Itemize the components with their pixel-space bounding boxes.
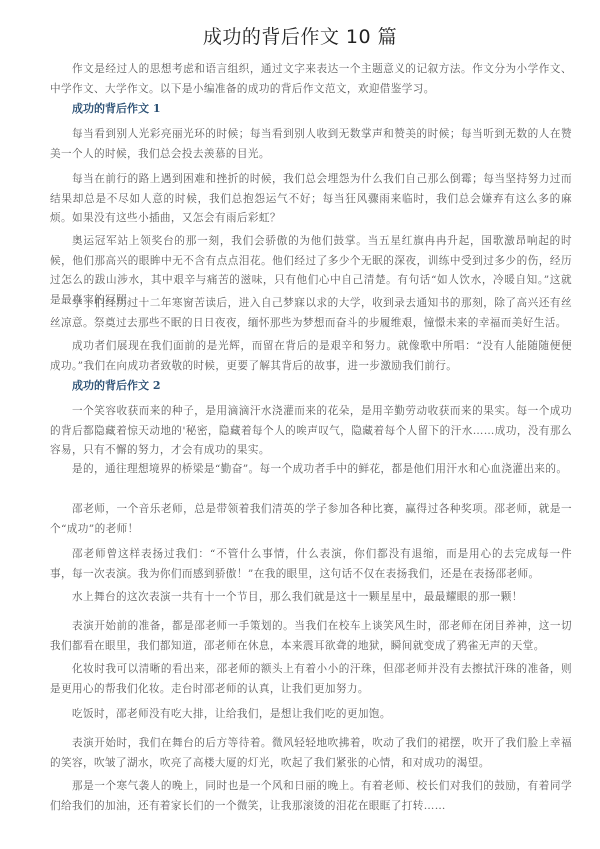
essay-2-paragraph-9: 表演开始时，我们在舞台的后方等待着。微风轻轻地吹拂着，吹动了我们的裙摆，吹开了我… — [50, 734, 572, 773]
document-title: 成功的背后作文 10 篇 — [0, 22, 600, 49]
essay-2-paragraph-1: 一个笑容收获而来的种子，是用滴滴汗水浇灌而来的花朵，是用辛勤劳动收获而来的果实。… — [50, 402, 572, 461]
essay-1-paragraph-4: 学子们经历过十二年寒窗苦读后，进入自己梦寐以求的大学，收到录去通知书的那刻，除了… — [50, 294, 572, 333]
essay-1-heading: 成功的背后作文 1 — [72, 100, 160, 116]
essay-1-paragraph-5: 成功者们展现在我们面前的是光辉，而留在背后的是艰辛和努力。就像歌中所唱：“没有人… — [50, 337, 572, 376]
essay-2-paragraph-5: 水上舞台的这次表演一共有十一个节目，那么我们就是这十一颗星星中，最最耀眼的那一颗… — [50, 588, 572, 608]
essay-2-paragraph-3: 邵老师，一个音乐老师，总是带领着我们清英的学子参加各种比赛，赢得过各种奖项。邵老… — [50, 500, 572, 539]
intro-paragraph: 作文是经过人的思想考虑和语言组织，通过文字来表达一个主题意义的记叙方法。作文分为… — [50, 60, 572, 99]
essay-2-paragraph-2: 是的，通往理想境界的桥梁是“勤奋”。每一个成功者手中的鲜花，都是他们用汗水和心血… — [50, 460, 572, 480]
essay-2-heading: 成功的背后作文 2 — [72, 377, 160, 393]
essay-2-paragraph-8: 吃饭时，邵老师没有吃大排，让给我们，是想让我们吃的更加饱。 — [50, 705, 572, 725]
document-page: 成功的背后作文 10 篇 作文是经过人的思想考虑和语言组织，通过文字来表达一个主… — [0, 0, 600, 849]
essay-1-paragraph-2: 每当在前行的路上遇到困难和挫折的时候，我们总会埋怨为什么我们自己那么倒霉；每当坚… — [50, 170, 572, 229]
essay-2-paragraph-7: 化妆时我可以清晰的看出来，邵老师的额头上有着小小的汗珠，但邵老师并没有去擦拭汗珠… — [50, 660, 572, 699]
essay-2-paragraph-6: 表演开始前的准备，都是邵老师一手策划的。当我们在校车上谈笑风生时，邵老师在闭目养… — [50, 617, 572, 656]
essay-1-paragraph-1: 每当看到别人光彩亮丽光环的时候；每当看到别人收到无数掌声和赞美的时候；每当听到无… — [50, 125, 572, 164]
essay-2-paragraph-10: 那是一个寒气袭人的晚上，同时也是一个风和日丽的晚上。有着老师、校长们对我们的鼓励… — [50, 777, 572, 816]
essay-2-paragraph-4: 邵老师曾这样表扬过我们：“不管什么事情，什么表演，你们都没有退缩，而是用心的去完… — [50, 545, 572, 584]
